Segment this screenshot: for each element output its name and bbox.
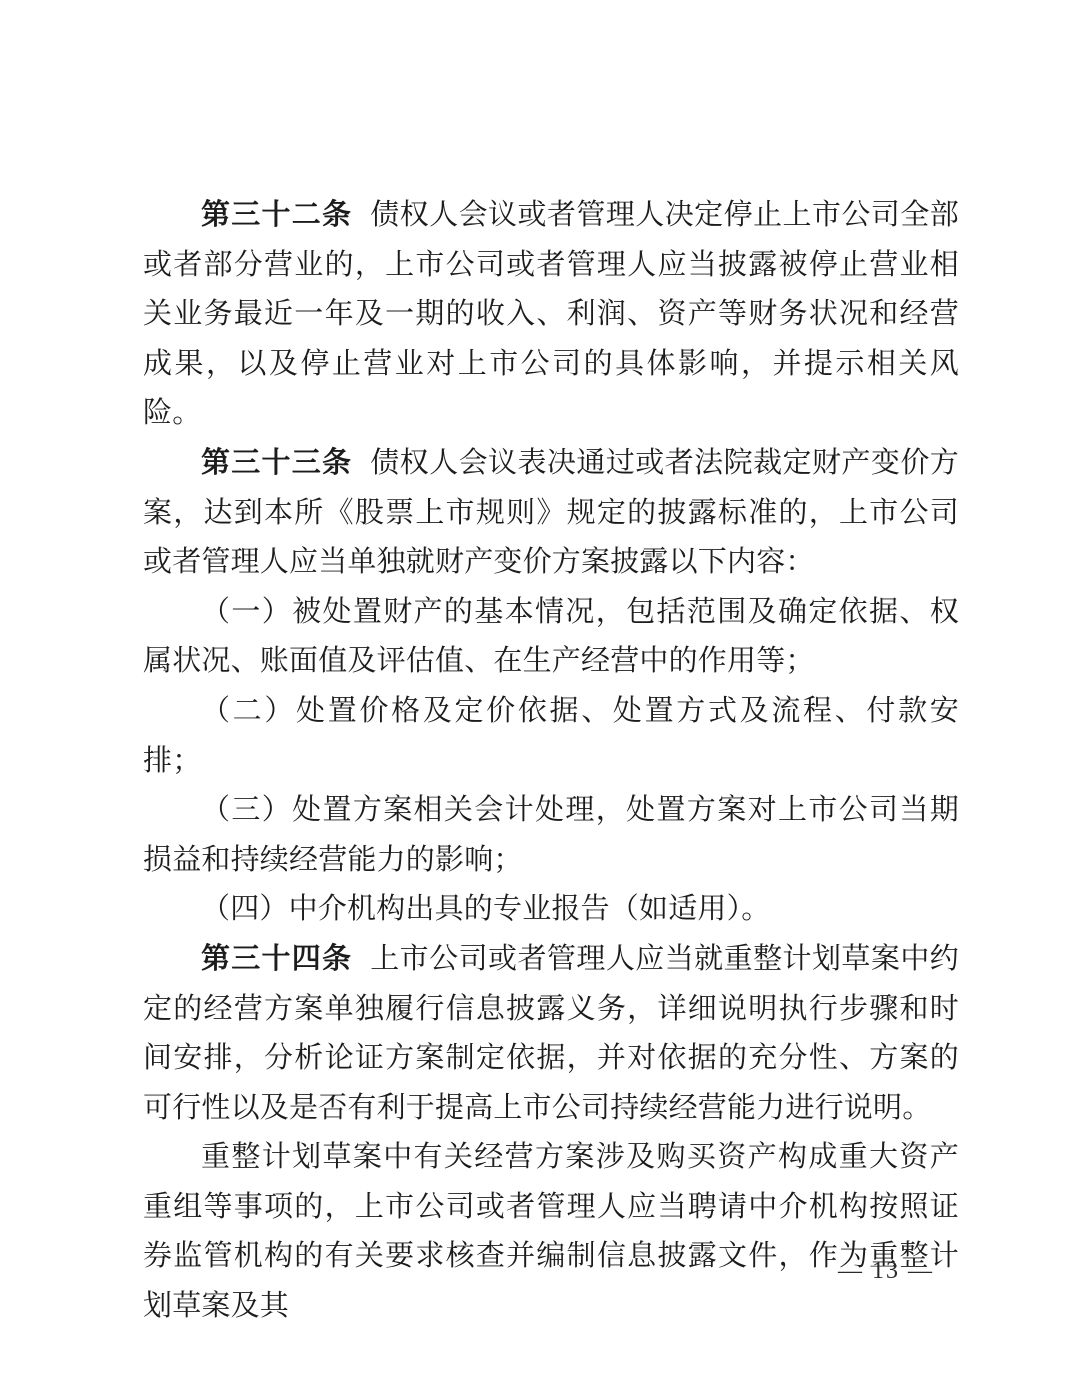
article-33-paragraph: 第三十三条债权人会议表决通过或者法院裁定财产变价方案，达到本所《股票上市规则》规… — [143, 439, 959, 588]
page-number: — 13 — — [838, 1258, 934, 1285]
list-item-2: （二）处置价格及定价依据、处置方式及流程、付款安排； — [143, 687, 959, 786]
list-item-1: （一）被处置财产的基本情况，包括范围及确定依据、权属状况、账面值及评估值、在生产… — [143, 588, 959, 687]
article-34-paragraph: 第三十四条上市公司或者管理人应当就重整计划草案中约定的经营方案单独履行信息披露义… — [143, 935, 959, 1133]
article-32-paragraph: 第三十二条债权人会议或者管理人决定停止上市公司全部或者部分营业的，上市公司或者管… — [143, 191, 959, 439]
closing-paragraph-text: 重整计划草案中有关经营方案涉及购买资产构成重大资产重组等事项的，上市公司或者管理… — [143, 1141, 959, 1322]
article-33-number: 第三十三条 — [201, 447, 352, 479]
closing-paragraph: 重整计划草案中有关经营方案涉及购买资产构成重大资产重组等事项的，上市公司或者管理… — [143, 1133, 959, 1331]
list-item-3: （三）处置方案相关会计处理，处置方案对上市公司当期损益和持续经营能力的影响； — [143, 786, 959, 885]
article-32-number: 第三十二条 — [201, 199, 352, 231]
article-34-number: 第三十四条 — [201, 943, 352, 975]
list-item-1-text: （一）被处置财产的基本情况，包括范围及确定依据、权属状况、账面值及评估值、在生产… — [143, 596, 959, 678]
list-item-3-text: （三）处置方案相关会计处理，处置方案对上市公司当期损益和持续经营能力的影响； — [143, 794, 959, 876]
document-body: 第三十二条债权人会议或者管理人决定停止上市公司全部或者部分营业的，上市公司或者管… — [143, 191, 959, 1332]
list-item-2-text: （二）处置价格及定价依据、处置方式及流程、付款安排； — [143, 695, 959, 777]
list-item-4: （四）中介机构出具的专业报告（如适用）。 — [143, 885, 959, 935]
document-page: 第三十二条债权人会议或者管理人决定停止上市公司全部或者部分营业的，上市公司或者管… — [0, 0, 1080, 1398]
list-item-4-text: （四）中介机构出具的专业报告（如适用）。 — [201, 893, 771, 925]
article-32-text: 债权人会议或者管理人决定停止上市公司全部或者部分营业的，上市公司或者管理人应当披… — [143, 199, 959, 429]
